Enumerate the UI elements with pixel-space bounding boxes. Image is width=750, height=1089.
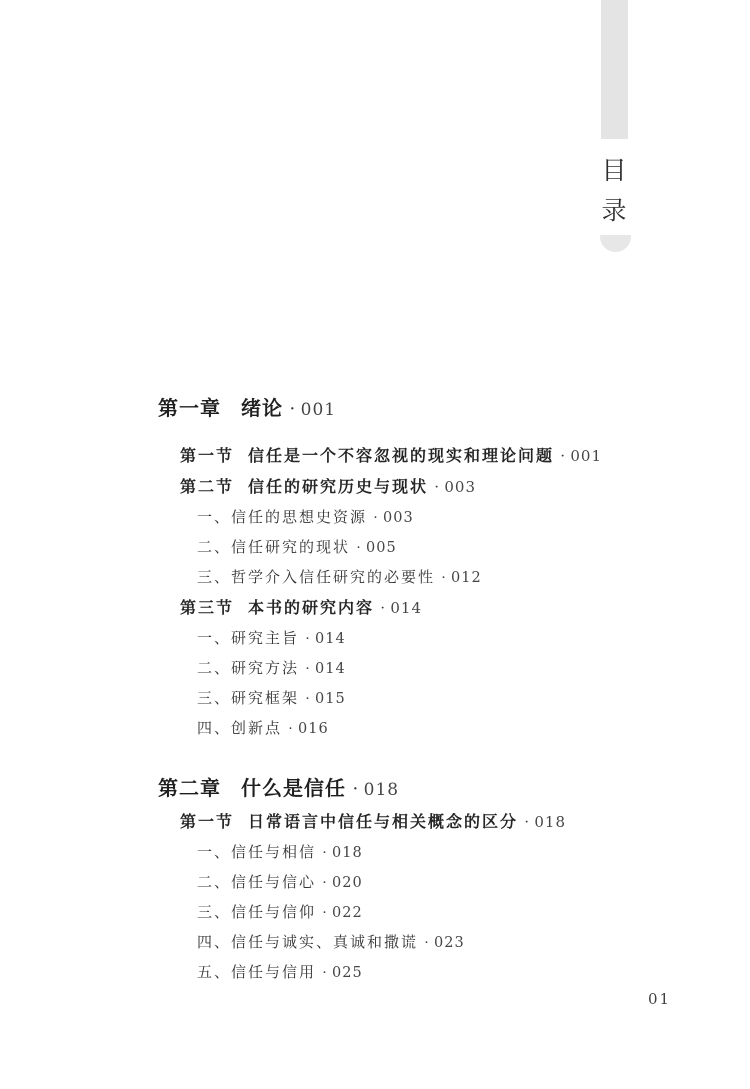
- toc-entry-item-page-number: 022: [332, 905, 363, 921]
- dot-separator: ·: [305, 661, 310, 677]
- chapter-heading: 第二章什么是信任·018: [158, 772, 618, 807]
- dot-separator: ·: [356, 540, 361, 556]
- toc-entry-item-label: 一、: [197, 845, 231, 861]
- chapter-heading-title: 绪论: [241, 398, 283, 420]
- toc-entry-section-page-number: 014: [390, 599, 422, 617]
- toc-entry-item-page-number: 012: [451, 570, 482, 586]
- toc-entry-section-label: 第一节: [180, 448, 234, 465]
- dot-separator: ·: [560, 448, 565, 465]
- toc-entry-item: 一、信任与相信·018: [197, 838, 618, 868]
- chapter-block: 第二章什么是信任·018第一节日常语言中信任与相关概念的区分·018一、信任与相…: [158, 772, 618, 988]
- toc-entry-item: 二、信任研究的现状·005: [197, 533, 618, 563]
- toc-entry-item-label: 二、: [197, 661, 231, 677]
- dot-separator: ·: [322, 875, 327, 891]
- toc-entry-section-title: 日常语言中信任与相关概念的区分: [248, 814, 518, 831]
- toc-entry-section-label: 第二节: [180, 479, 234, 496]
- dot-separator: ·: [322, 905, 327, 921]
- dot-separator: ·: [380, 600, 385, 617]
- toc-entry-item-label: 二、: [197, 540, 231, 556]
- chapter-heading-page-number: 018: [364, 780, 399, 800]
- chapter-heading-page-number: 001: [301, 400, 336, 420]
- toc-entry-item: 四、信任与诚实、真诚和撒谎·023: [197, 928, 618, 958]
- toc-entry-item-page-number: 018: [332, 845, 363, 861]
- toc-entry-item-label: 一、: [197, 510, 231, 526]
- toc-entry-section: 第三节本书的研究内容·014: [180, 593, 618, 624]
- dot-separator: ·: [352, 778, 359, 800]
- chapter-heading-label: 第一章: [158, 398, 221, 420]
- dot-separator: ·: [322, 965, 327, 981]
- dot-separator: ·: [524, 814, 529, 831]
- ribbon-bar: [601, 0, 628, 139]
- toc-entry-item-title: 信任的思想史资源: [231, 510, 367, 526]
- chapter-heading-title: 什么是信任: [241, 778, 346, 800]
- toc-entry-item-label: 三、: [197, 570, 231, 586]
- toc-entry-item-title: 信任研究的现状: [231, 540, 350, 556]
- toc-entry-item: 二、研究方法·014: [197, 654, 618, 684]
- toc-entry-item-page-number: 014: [315, 661, 346, 677]
- toc-entry-item-label: 五、: [197, 965, 231, 981]
- toc-entry-section-label: 第一节: [180, 814, 234, 831]
- toc-entry-item-page-number: 025: [332, 965, 363, 981]
- chapter-block: 第一章绪论·001第一节信任是一个不容忽视的现实和理论问题·001第二节信任的研…: [158, 392, 618, 744]
- dot-separator: ·: [288, 721, 293, 737]
- toc-entry-item: 三、研究框架·015: [197, 684, 618, 714]
- toc-entry-item-label: 二、: [197, 875, 231, 891]
- toc-entry-item: 三、哲学介入信任研究的必要性·012: [197, 563, 618, 593]
- toc-entry-section-title: 本书的研究内容: [248, 600, 374, 617]
- toc-entry-item: 一、研究主旨·014: [197, 624, 618, 654]
- toc-entry-item-label: 四、: [197, 721, 231, 737]
- toc-entry-section-page-number: 001: [570, 447, 602, 465]
- toc-entry-item-title: 哲学介入信任研究的必要性: [231, 570, 435, 586]
- dot-separator: ·: [305, 631, 310, 647]
- toc-entry-item-page-number: 016: [298, 721, 329, 737]
- toc-entry-item: 一、信任的思想史资源·003: [197, 503, 618, 533]
- toc-entry-item-page-number: 014: [315, 631, 346, 647]
- chapter-heading-label: 第二章: [158, 778, 221, 800]
- toc-vertical-title: 目录: [599, 152, 629, 232]
- ribbon-cap-icon: [600, 235, 631, 252]
- toc-entry-item-page-number: 015: [315, 691, 346, 707]
- toc-entry-item-label: 四、: [197, 935, 231, 951]
- dot-separator: ·: [441, 570, 446, 586]
- dot-separator: ·: [434, 479, 439, 496]
- toc-entry-section-title: 信任的研究历史与现状: [248, 479, 428, 496]
- toc-entry-item-label: 三、: [197, 905, 231, 921]
- toc-entry-item-page-number: 020: [332, 875, 363, 891]
- toc-entry-section-label: 第三节: [180, 600, 234, 617]
- toc-entry-item-title: 研究主旨: [231, 631, 299, 647]
- toc-entry-item-page-number: 023: [434, 935, 465, 951]
- toc-entry-item-title: 信任与诚实、真诚和撒谎: [231, 935, 418, 951]
- toc-entry-section-page-number: 003: [444, 478, 476, 496]
- toc-entry-item-title: 信任与信用: [231, 965, 316, 981]
- toc-entry-item: 四、创新点·016: [197, 714, 618, 744]
- toc-entry-item-page-number: 005: [366, 540, 397, 556]
- toc-entry-item-page-number: 003: [383, 510, 414, 526]
- page-number: 01: [648, 990, 671, 1008]
- toc-entry-item-title: 信任与信仰: [231, 905, 316, 921]
- toc-entry-section: 第一节信任是一个不容忽视的现实和理论问题·001: [180, 441, 618, 472]
- dot-separator: ·: [322, 845, 327, 861]
- toc-entry-item-title: 研究框架: [231, 691, 299, 707]
- dot-separator: ·: [305, 691, 310, 707]
- toc-entry-section: 第二节信任的研究历史与现状·003: [180, 472, 618, 503]
- toc-entry-item-title: 研究方法: [231, 661, 299, 677]
- toc-list: 第一章绪论·001第一节信任是一个不容忽视的现实和理论问题·001第二节信任的研…: [158, 392, 618, 988]
- toc-entry-item: 三、信任与信仰·022: [197, 898, 618, 928]
- toc-entry-section-title: 信任是一个不容忽视的现实和理论问题: [248, 448, 554, 465]
- toc-entry-item-title: 信任与信心: [231, 875, 316, 891]
- chapter-heading: 第一章绪论·001: [158, 392, 618, 427]
- toc-entry-item-title: 创新点: [231, 721, 282, 737]
- dot-separator: ·: [424, 935, 429, 951]
- toc-entry-item: 二、信任与信心·020: [197, 868, 618, 898]
- toc-entry-item-title: 信任与相信: [231, 845, 316, 861]
- toc-entry-item-label: 一、: [197, 631, 231, 647]
- dot-separator: ·: [289, 398, 296, 420]
- toc-entry-item: 五、信任与信用·025: [197, 958, 618, 988]
- toc-entry-item-label: 三、: [197, 691, 231, 707]
- toc-entry-section-page-number: 018: [534, 813, 566, 831]
- toc-entry-section: 第一节日常语言中信任与相关概念的区分·018: [180, 807, 618, 838]
- dot-separator: ·: [373, 510, 378, 526]
